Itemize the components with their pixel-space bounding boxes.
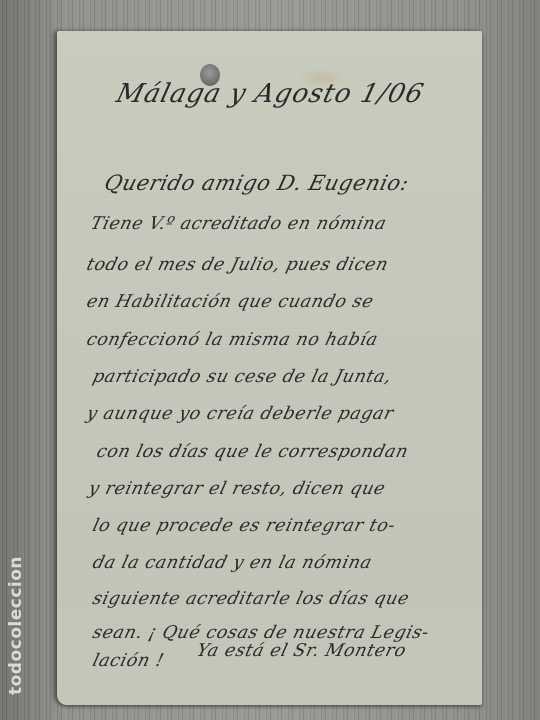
body-line: siguiente acreditarle los días que bbox=[91, 589, 412, 609]
body-line: lación ! bbox=[91, 651, 167, 671]
watermark-text: todocoleccion bbox=[6, 545, 28, 705]
date-line: Málaga y Agosto 1/06 bbox=[113, 79, 427, 109]
body-line: con los días que le correspondan bbox=[95, 442, 411, 462]
body-line: y reintegrar el resto, dicen que bbox=[87, 479, 388, 499]
body-line: Tiene V.º acreditado en nómina bbox=[89, 214, 389, 234]
body-line: y aunque yo creía deberle pagar bbox=[85, 404, 396, 424]
letter-paper: Málaga y Agosto 1/06 Querido amigo D. Eu… bbox=[57, 31, 482, 705]
body-line: confeccionó la misma no había bbox=[85, 330, 381, 350]
body-line: participado su cese de la Junta, bbox=[91, 367, 394, 387]
body-line: da la cantidad y en la nómina bbox=[91, 553, 375, 573]
body-line: lo que procede es reintegrar to- bbox=[91, 516, 398, 536]
body-line: sean. ¡ Qué cosas de nuestra Legis- bbox=[91, 623, 432, 643]
salutation: Querido amigo D. Eugenio: bbox=[102, 171, 412, 195]
body-line: en Habilitación que cuando se bbox=[85, 292, 376, 312]
body-line: todo el mes de Julio, pues dicen bbox=[85, 255, 391, 275]
closing-line: Ya está el Sr. Montero bbox=[195, 641, 409, 661]
